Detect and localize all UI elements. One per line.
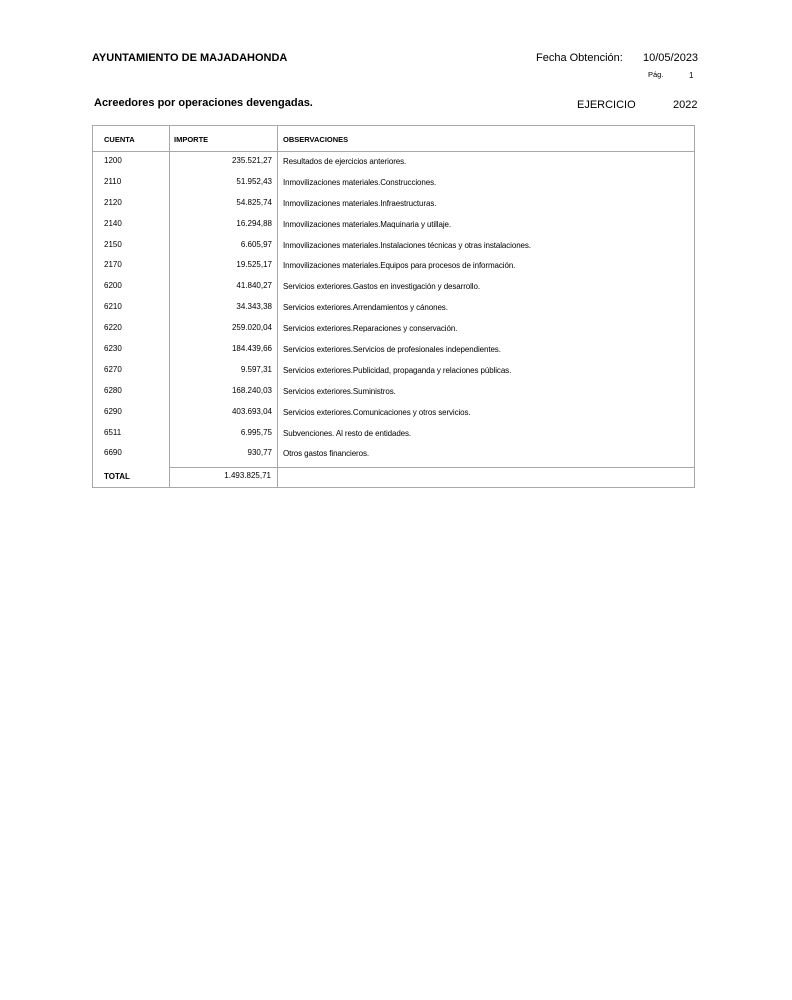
cell-observaciones: Inmovilizaciones materiales.Construccion… bbox=[283, 178, 436, 187]
fecha-obtencion-value: 10/05/2023 bbox=[643, 52, 698, 64]
cell-importe: 168.240,03 bbox=[169, 386, 272, 395]
cell-observaciones: Servicios exteriores.Servicios de profes… bbox=[283, 345, 501, 354]
cell-observaciones: Servicios exteriores.Suministros. bbox=[283, 387, 396, 396]
cell-cuenta: 6220 bbox=[104, 323, 122, 332]
table-row: 6290403.693,04Servicios exteriores.Comun… bbox=[93, 407, 694, 428]
cell-observaciones: Servicios exteriores.Arrendamientos y cá… bbox=[283, 303, 448, 312]
column-header-observaciones: OBSERVACIONES bbox=[283, 135, 348, 144]
cell-cuenta: 6200 bbox=[104, 281, 122, 290]
cell-cuenta: 1200 bbox=[104, 156, 122, 165]
total-label: TOTAL bbox=[104, 472, 130, 481]
cell-importe: 9.597,31 bbox=[169, 365, 272, 374]
cell-importe: 19.525,17 bbox=[169, 260, 272, 269]
cell-cuenta: 6290 bbox=[104, 407, 122, 416]
table-row: 217019.525,17Inmovilizaciones materiales… bbox=[93, 260, 694, 281]
cell-observaciones: Otros gastos financieros. bbox=[283, 449, 369, 458]
cell-importe: 54.825,74 bbox=[169, 198, 272, 207]
cell-cuenta: 6210 bbox=[104, 302, 122, 311]
cell-cuenta: 6280 bbox=[104, 386, 122, 395]
cell-observaciones: Servicios exteriores.Gastos en investiga… bbox=[283, 282, 480, 291]
cell-importe: 34.343,38 bbox=[169, 302, 272, 311]
table-row: 620041.840,27Servicios exteriores.Gastos… bbox=[93, 281, 694, 302]
cell-cuenta: 2120 bbox=[104, 198, 122, 207]
cell-importe: 51.952,43 bbox=[169, 177, 272, 186]
report-title: Acreedores por operaciones devengadas. bbox=[94, 97, 313, 109]
cell-importe: 403.693,04 bbox=[169, 407, 272, 416]
table-row: 6280168.240,03Servicios exteriores.Sumin… bbox=[93, 386, 694, 407]
header-divider bbox=[93, 151, 694, 152]
table-row: 6220259.020,04Servicios exteriores.Repar… bbox=[93, 323, 694, 344]
cell-importe: 930,77 bbox=[169, 448, 272, 457]
column-header-cuenta: CUENTA bbox=[104, 135, 135, 144]
cell-importe: 41.840,27 bbox=[169, 281, 272, 290]
page-label: Pág. bbox=[648, 70, 663, 79]
cell-observaciones: Resultados de ejercicios anteriores. bbox=[283, 157, 406, 166]
table-row: 6230184.439,66Servicios exteriores.Servi… bbox=[93, 344, 694, 365]
cell-observaciones: Inmovilizaciones materiales.Maquinaria y… bbox=[283, 220, 451, 229]
cell-observaciones: Inmovilizaciones materiales.Equipos para… bbox=[283, 261, 515, 270]
cell-observaciones: Servicios exteriores.Publicidad, propaga… bbox=[283, 366, 511, 375]
column-header-importe: IMPORTE bbox=[174, 135, 208, 144]
table-row: 214016.294,88Inmovilizaciones materiales… bbox=[93, 219, 694, 240]
cell-importe: 184.439,66 bbox=[169, 344, 272, 353]
table-row: 21506.605,97Inmovilizaciones materiales.… bbox=[93, 240, 694, 261]
cell-cuenta: 2170 bbox=[104, 260, 122, 269]
cell-observaciones: Servicios exteriores.Comunicaciones y ot… bbox=[283, 408, 471, 417]
creditors-table: CUENTA IMPORTE OBSERVACIONES 1200235.521… bbox=[92, 125, 695, 488]
cell-observaciones: Subvenciones. Al resto de entidades. bbox=[283, 429, 411, 438]
table-row: 211051.952,43Inmovilizaciones materiales… bbox=[93, 177, 694, 198]
cell-cuenta: 2110 bbox=[104, 177, 121, 186]
table-row: 62709.597,31Servicios exteriores.Publici… bbox=[93, 365, 694, 386]
cell-cuenta: 6230 bbox=[104, 344, 122, 353]
table-row: 212054.825,74Inmovilizaciones materiales… bbox=[93, 198, 694, 219]
table-row: 1200235.521,27Resultados de ejercicios a… bbox=[93, 156, 694, 177]
cell-importe: 259.020,04 bbox=[169, 323, 272, 332]
cell-observaciones: Servicios exteriores.Reparaciones y cons… bbox=[283, 324, 457, 333]
cell-observaciones: Inmovilizaciones materiales.Instalacione… bbox=[283, 241, 531, 250]
cell-cuenta: 6690 bbox=[104, 448, 122, 457]
page-number: 1 bbox=[689, 71, 693, 80]
table-row: 65116.995,75Subvenciones. Al resto de en… bbox=[93, 428, 694, 449]
cell-importe: 16.294,88 bbox=[169, 219, 272, 228]
ejercicio-value: 2022 bbox=[673, 99, 697, 111]
table-row: 6690930,77Otros gastos financieros. bbox=[93, 448, 694, 469]
cell-observaciones: Inmovilizaciones materiales.Infraestruct… bbox=[283, 199, 436, 208]
cell-cuenta: 6511 bbox=[104, 428, 121, 437]
table-body: 1200235.521,27Resultados de ejercicios a… bbox=[93, 156, 694, 469]
cell-importe: 6.995,75 bbox=[169, 428, 272, 437]
cell-importe: 6.605,97 bbox=[169, 240, 272, 249]
table-row: 621034.343,38Servicios exteriores.Arrend… bbox=[93, 302, 694, 323]
fecha-obtencion-label: Fecha Obtención: bbox=[536, 52, 623, 64]
organization-name: AYUNTAMIENTO DE MAJADAHONDA bbox=[92, 52, 287, 64]
cell-importe: 235.521,27 bbox=[169, 156, 272, 165]
total-value: 1.493.825,71 bbox=[169, 471, 271, 480]
cell-cuenta: 2150 bbox=[104, 240, 122, 249]
cell-cuenta: 6270 bbox=[104, 365, 122, 374]
ejercicio-label: EJERCICIO bbox=[577, 99, 636, 111]
cell-cuenta: 2140 bbox=[104, 219, 122, 228]
